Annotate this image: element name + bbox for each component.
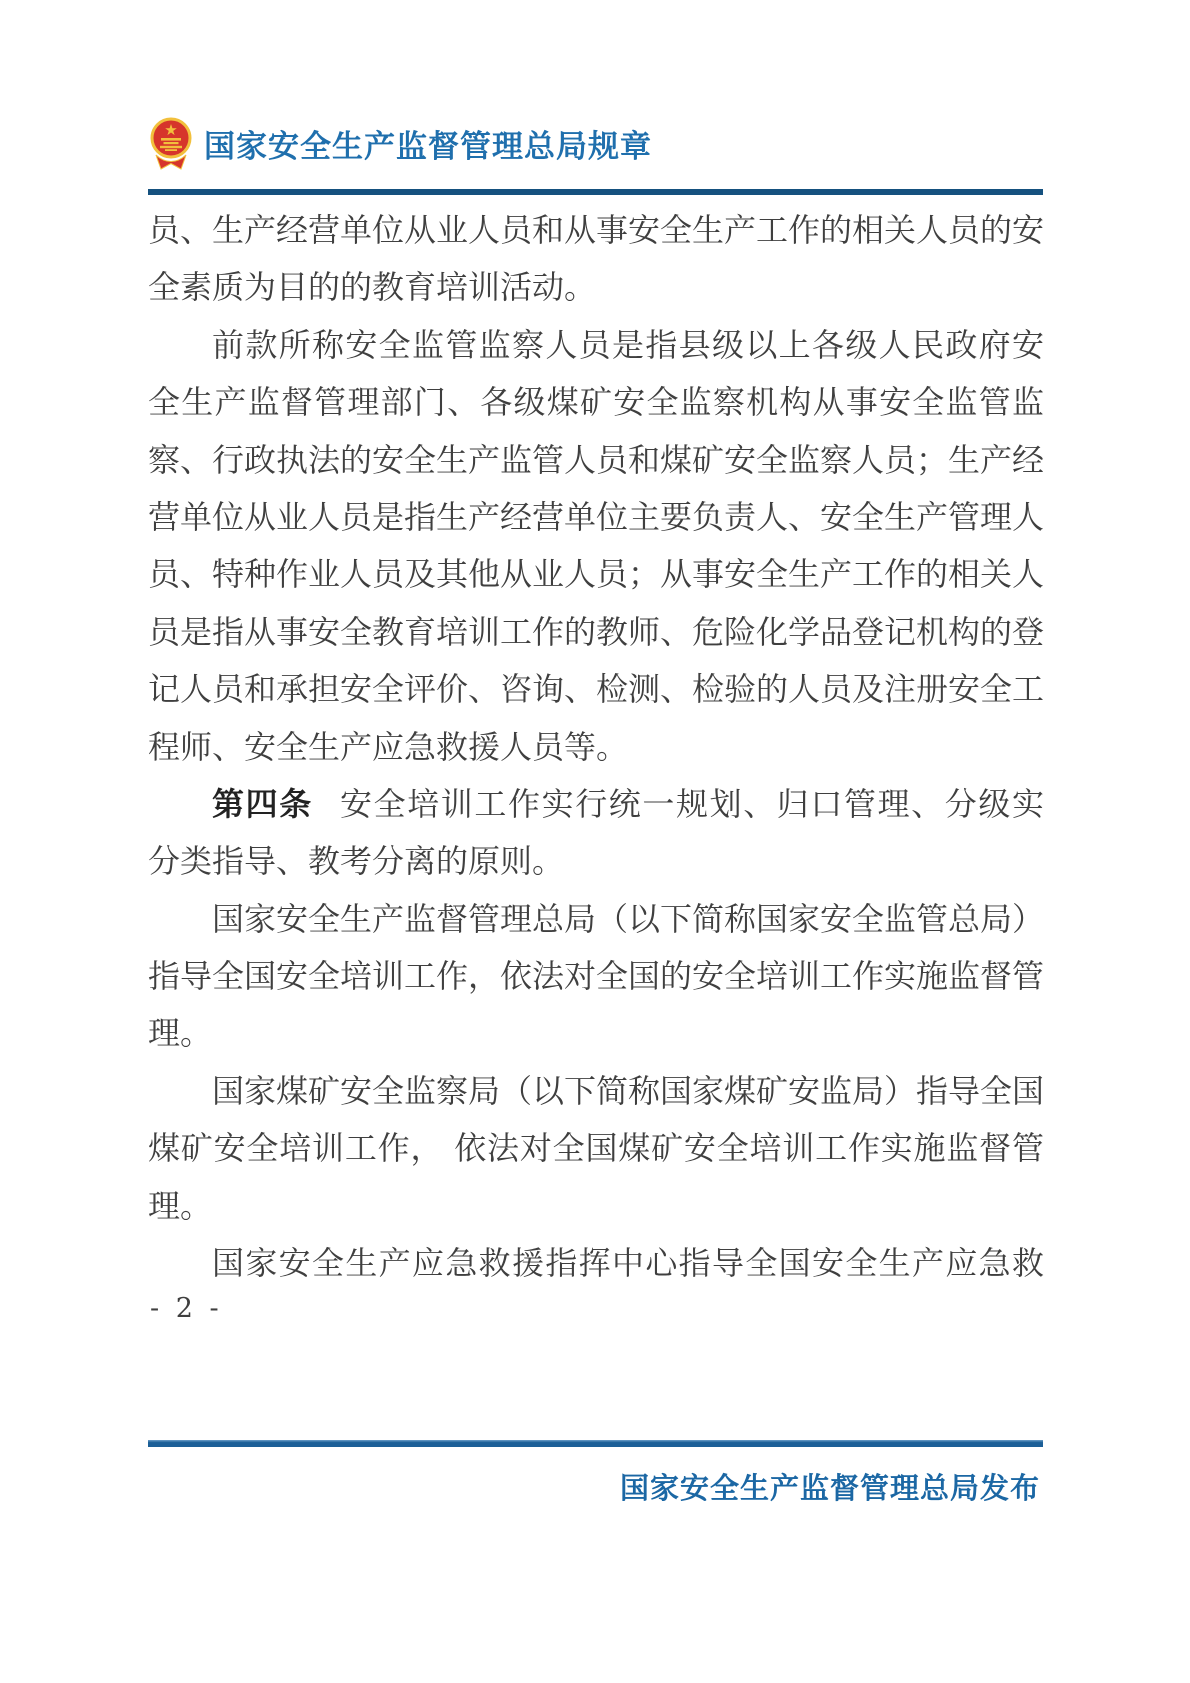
line-text: 理。 <box>148 1014 212 1052</box>
line-text: 指导全国安全培训工作，依法对全国的安全培训工作实施监督管 <box>148 957 1044 995</box>
body-line: 前款所称安全监管监察人员是指县级以上各级人民政府安 <box>148 317 1044 374</box>
body-line: 分类指导、教考分离的原则。 <box>148 833 1044 890</box>
body-line: 全生产监督管理部门、各级煤矿安全监察机构从事安全监管监 <box>148 374 1044 431</box>
line-text: 员是指从事安全教育培训工作的教师、危险化学品登记机构的登 <box>148 613 1044 651</box>
body-line: 国家煤矿安全监察局（以下简称国家煤矿安监局）指导全国 <box>148 1063 1044 1120</box>
document-page: 国家安全生产监督管理总局规章 员、生产经营单位从业人员和从事安全生产工作的相关人… <box>0 0 1190 1683</box>
body-line: 员、特种作业人员及其他从业人员；从事安全生产工作的相关人 <box>148 546 1044 603</box>
body-line: 员、生产经营单位从业人员和从事安全生产工作的相关人员的安 <box>148 202 1044 259</box>
footer-divider <box>148 1440 1043 1447</box>
document-header: 国家安全生产监督管理总局规章 <box>148 114 652 172</box>
publisher-label: 国家安全生产监督管理总局发布 <box>620 1466 1040 1507</box>
line-text: 国家安全生产应急救援指挥中心指导全国安全生产应急救 <box>212 1244 1044 1282</box>
body-line: 国家安全生产监督管理总局（以下简称国家安全监管总局） <box>148 891 1044 948</box>
line-text: 全生产监督管理部门、各级煤矿安全监察机构从事安全监管监 <box>148 383 1044 421</box>
line-text: 全素质为目的的教育培训活动。 <box>148 268 596 306</box>
body-line: 程师、安全生产应急救援人员等。 <box>148 719 1044 776</box>
body-line: 理。 <box>148 1005 1044 1062</box>
document-body: 员、生产经营单位从业人员和从事安全生产工作的相关人员的安全素质为目的的教育培训活… <box>148 202 1044 1292</box>
body-line: 理。 <box>148 1178 1044 1235</box>
body-line: 第四条安全培训工作实行统一规划、归口管理、分级实施、 <box>148 776 1044 833</box>
line-text: 程师、安全生产应急救援人员等。 <box>148 728 628 766</box>
line-text: 前款所称安全监管监察人员是指县级以上各级人民政府安 <box>212 326 1044 364</box>
body-line: 察、行政执法的安全生产监管人员和煤矿安全监察人员；生产经 <box>148 432 1044 489</box>
body-line: 国家安全生产应急救援指挥中心指导全国安全生产应急救 <box>148 1235 1044 1292</box>
article-number: 第四条 <box>212 785 313 823</box>
body-line: 指导全国安全培训工作，依法对全国的安全培训工作实施监督管 <box>148 948 1044 1005</box>
line-text: 分类指导、教考分离的原则。 <box>148 842 564 880</box>
line-text: 理。 <box>148 1187 212 1225</box>
line-text: 记人员和承担安全评价、咨询、检测、检验的人员及注册安全工 <box>148 670 1044 708</box>
body-line: 全素质为目的的教育培训活动。 <box>148 259 1044 316</box>
national-emblem-icon <box>148 116 194 172</box>
document-series-title: 国家安全生产监督管理总局规章 <box>204 121 652 166</box>
line-text: 煤矿安全培训工作， 依法对全国煤矿安全培训工作实施监督管 <box>148 1129 1044 1167</box>
line-text: 察、行政执法的安全生产监管人员和煤矿安全监察人员；生产经 <box>148 441 1044 479</box>
line-text: 员、生产经营单位从业人员和从事安全生产工作的相关人员的安 <box>148 211 1044 249</box>
body-line: 营单位从业人员是指生产经营单位主要负责人、安全生产管理人 <box>148 489 1044 546</box>
body-line: 员是指从事安全教育培训工作的教师、危险化学品登记机构的登 <box>148 604 1044 661</box>
page-number: - 2 - <box>150 1293 223 1324</box>
line-text: 营单位从业人员是指生产经营单位主要负责人、安全生产管理人 <box>148 498 1044 536</box>
body-line: 煤矿安全培训工作， 依法对全国煤矿安全培训工作实施监督管 <box>148 1120 1044 1177</box>
line-text: 国家安全生产监督管理总局（以下简称国家安全监管总局） <box>212 900 1044 938</box>
body-line: 记人员和承担安全评价、咨询、检测、检验的人员及注册安全工 <box>148 661 1044 718</box>
line-text: 员、特种作业人员及其他从业人员；从事安全生产工作的相关人 <box>148 555 1044 593</box>
header-divider <box>148 189 1043 195</box>
line-text: 国家煤矿安全监察局（以下简称国家煤矿安监局）指导全国 <box>212 1072 1044 1110</box>
